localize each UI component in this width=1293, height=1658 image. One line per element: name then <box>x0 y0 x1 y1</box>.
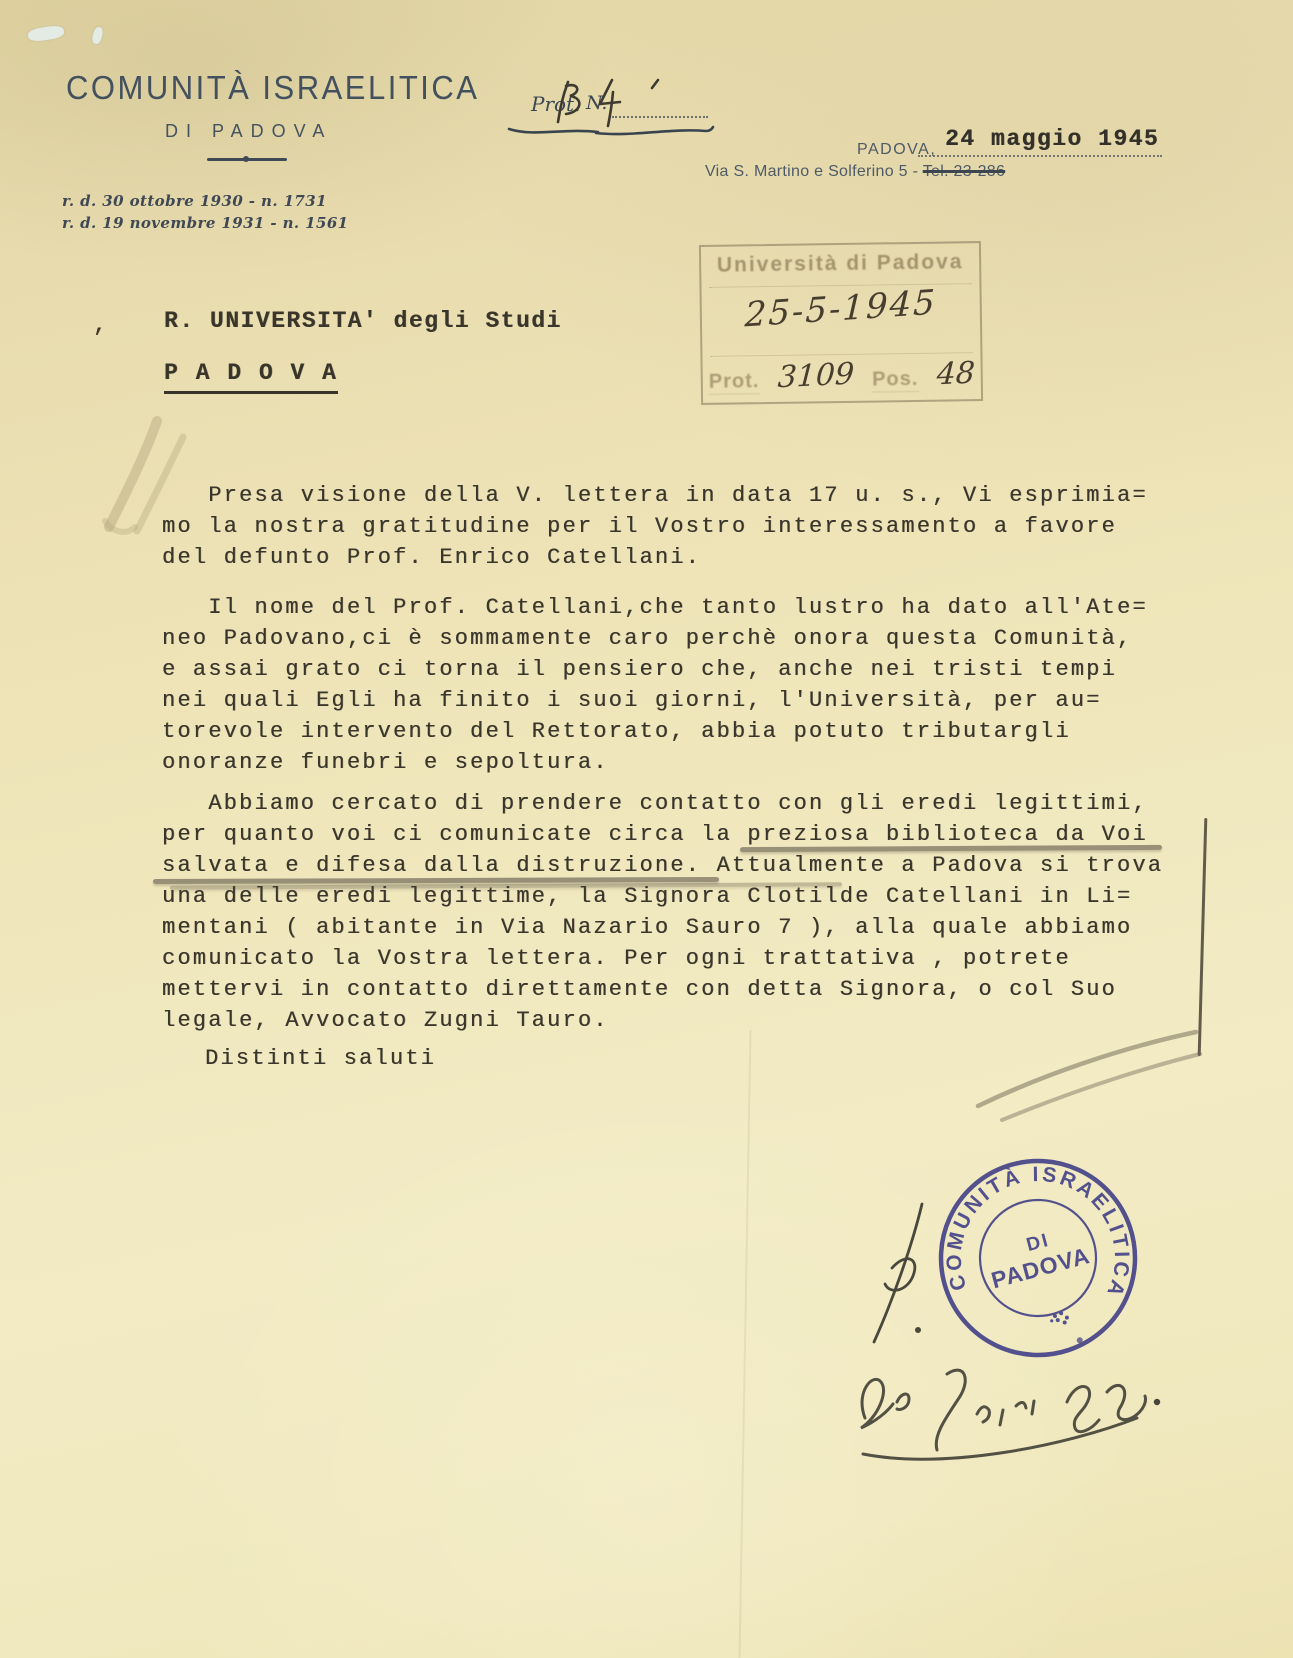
pencil-strokes <box>970 1018 1205 1130</box>
org-stamp: COMUNITÀ ISRAELITICA DI PADOVA <box>932 1152 1144 1364</box>
decree-line-2: r. d. 19 novembre 1931 - n. 1561 <box>62 214 349 232</box>
recipient-line1: R. UNIVERSITA' degli Studi <box>164 308 562 334</box>
body-paragraph-3: Abbiamo cercato di prendere contatto con… <box>162 788 1192 1036</box>
paper-crease <box>739 1030 752 1658</box>
prot-flourish-underline <box>506 120 716 142</box>
recipient-comma: , <box>93 312 107 338</box>
letter-page: COMUNITÀ ISRAELITICA DI PADOVA r. d. 30 … <box>0 0 1293 1658</box>
paper-mark <box>27 25 64 43</box>
stamp-ornament <box>1050 1311 1069 1325</box>
received-date-handwriting: 25-5-1945 <box>701 280 980 339</box>
letterhead-org-name: COMUNITÀ ISRAELITICA <box>66 69 479 108</box>
address-text: Via S. Martino e Solferino 5 - <box>705 163 923 180</box>
received-pos-number: 48 <box>936 355 976 392</box>
address-phone-struck: Tel. 23-286 <box>923 163 1005 180</box>
dateline-date: 24 maggio 1945 <box>945 126 1159 152</box>
received-prot-number: 3109 <box>777 356 855 395</box>
letterhead-divider <box>207 158 287 161</box>
received-prot-label: Prot. <box>709 370 760 395</box>
decree-line-1: r. d. 30 ottobre 1930 - n. 1731 <box>62 192 327 210</box>
received-stamp-box: Università di Padova 25-5-1945 Prot. 310… <box>699 241 983 405</box>
address-line: Via S. Martino e Solferino 5 - Tel. 23-2… <box>705 163 1005 181</box>
received-stamp-title: Università di Padova <box>701 250 979 278</box>
paper-mark <box>91 26 104 45</box>
received-pos-label: Pos. <box>872 368 919 393</box>
letterhead-org-place: DI PADOVA <box>165 121 332 142</box>
closing-salutation: Distinti saluti <box>205 1046 436 1071</box>
prot-number-value: 4 <box>556 76 565 80</box>
signature-handwriting <box>835 1360 1180 1480</box>
recipient-city: P A D O V A <box>164 360 338 394</box>
body-paragraph-1: Presa visione della V. lettera in data 1… <box>162 480 1192 573</box>
body-paragraph-2: Il nome del Prof. Catellani,che tanto lu… <box>162 592 1192 778</box>
